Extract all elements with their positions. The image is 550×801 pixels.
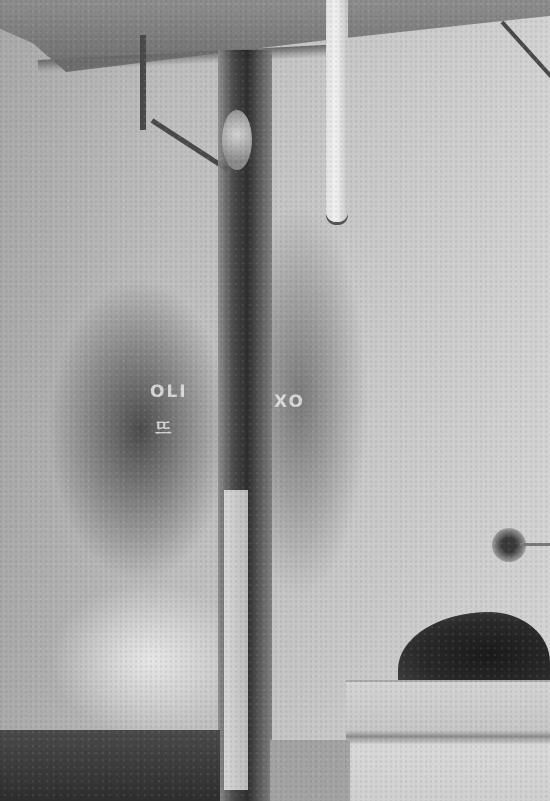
photograph: OLI 뜨 XO xyxy=(0,0,550,801)
wall-marking: XO xyxy=(274,392,305,412)
floor-dark xyxy=(0,730,220,801)
floor-light xyxy=(270,740,350,801)
column-knot xyxy=(222,110,252,170)
hanging-hook xyxy=(140,35,146,130)
wall-fixture-bar xyxy=(520,543,550,546)
diagonal-rod xyxy=(501,21,550,83)
ceiling-pipe xyxy=(326,0,348,222)
wall-marking: 뜨 xyxy=(155,414,173,439)
wall-marking: OLI xyxy=(150,382,188,402)
storage-bin xyxy=(346,680,550,801)
bin-contents xyxy=(398,612,550,684)
column-light-patch xyxy=(224,490,248,790)
